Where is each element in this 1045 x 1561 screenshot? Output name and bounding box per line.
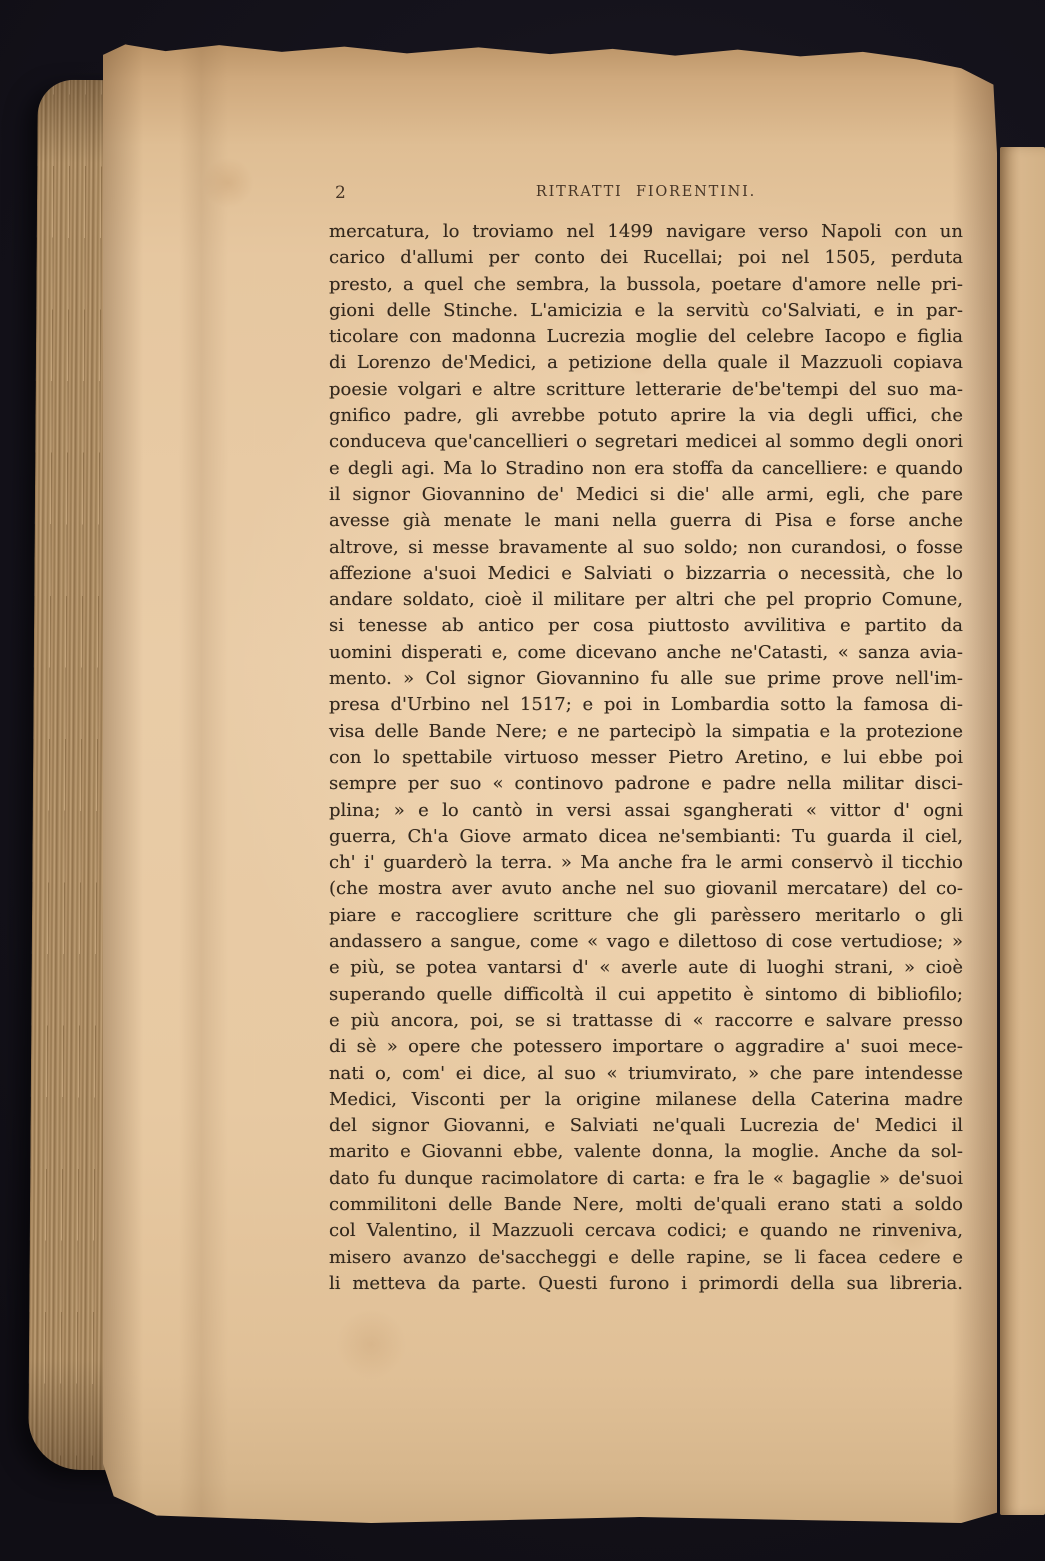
book-page: 2 RITRATTI FIORENTINI. mercatura, lo tro… <box>103 34 997 1523</box>
text-line: andare soldato, cioè il militare per alt… <box>329 587 963 613</box>
running-header: RITRATTI FIORENTINI. <box>329 184 963 200</box>
text-line: marito e Giovanni ebbe, valente donna, l… <box>329 1139 963 1165</box>
text-line: ticolare con madonna Lucrezia moglie del… <box>329 324 963 350</box>
text-line: di Lorenzo de'Medici, a petizione della … <box>329 350 963 376</box>
text-line: li metteva da parte. Questi furono i pri… <box>329 1271 963 1297</box>
text-line: commilitoni delle Bande Nere, molti de'q… <box>329 1192 963 1218</box>
text-line: mercatura, lo troviamo nel 1499 navigare… <box>329 219 963 245</box>
text-line: e più, se potea vantarsi d' « averle aut… <box>329 955 963 981</box>
text-line: (che mostra aver avuto anche nel suo gio… <box>329 876 963 902</box>
text-line: e degli agi. Ma lo Stradino non era stof… <box>329 456 963 482</box>
text-line: e più ancora, poi, se si trattasse di « … <box>329 1008 963 1034</box>
text-line: sempre per suo « continovo padrone e pad… <box>329 771 963 797</box>
page-header: 2 RITRATTI FIORENTINI. <box>329 181 963 207</box>
text-line: guerra, Ch'a Giove armato dicea ne'sembi… <box>329 824 963 850</box>
text-line: altrove, si messe bravamente al suo sold… <box>329 535 963 561</box>
text-line: con lo spettabile virtuoso messer Pietro… <box>329 745 963 771</box>
body-text: mercatura, lo troviamo nel 1499 navigare… <box>329 219 963 1297</box>
text-line: il signor Giovannino de' Medici si die' … <box>329 482 963 508</box>
text-line: andassero a sangue, come « vago e dilett… <box>329 929 963 955</box>
text-line: mento. » Col signor Giovannino fu alle s… <box>329 666 963 692</box>
text-line: avesse già menate le mani nella guerra d… <box>329 508 963 534</box>
text-line: ch' i' guarderò la terra. » Ma anche fra… <box>329 850 963 876</box>
text-line: carico d'allumi per conto dei Rucellai; … <box>329 245 963 271</box>
text-line: presto, a quel che sembra, la bussola, p… <box>329 272 963 298</box>
text-line: del signor Giovanni, e Salviati ne'quali… <box>329 1113 963 1139</box>
text-line: col Valentino, il Mazzuoli cercava codic… <box>329 1218 963 1244</box>
text-line: si tenesse ab antico per cosa piuttosto … <box>329 613 963 639</box>
text-line: gnifico padre, gli avrebbe potuto aprire… <box>329 403 963 429</box>
text-line: poesie volgari e altre scritture lettera… <box>329 377 963 403</box>
text-line: Medici, Visconti per la origine milanese… <box>329 1087 963 1113</box>
next-page-edge <box>1000 147 1045 1515</box>
text-line: dato fu dunque racimolatore di carta: e … <box>329 1166 963 1192</box>
text-line: gioni delle Stinche. L'amicizia e la ser… <box>329 298 963 324</box>
text-line: misero avanzo de'saccheggi e delle rapin… <box>329 1245 963 1271</box>
text-line: affezione a'suoi Medici e Salviati o biz… <box>329 561 963 587</box>
text-line: di sè » opere che potessero importare o … <box>329 1034 963 1060</box>
text-line: presa d'Urbino nel 1517; e poi in Lombar… <box>329 692 963 718</box>
text-line: piare e raccogliere scritture che gli pa… <box>329 903 963 929</box>
text-line: plina; » e lo cantò in versi assai sgang… <box>329 798 963 824</box>
text-line: superando quelle difficoltà il cui appet… <box>329 982 963 1008</box>
text-line: uomini disperati e, come dicevano anche … <box>329 640 963 666</box>
text-line: nati o, com' ei dice, al suo « triumvira… <box>329 1061 963 1087</box>
text-line: visa delle Bande Nere; e ne partecipò la… <box>329 719 963 745</box>
text-line: conduceva que'cancellieri o segretari me… <box>329 429 963 455</box>
